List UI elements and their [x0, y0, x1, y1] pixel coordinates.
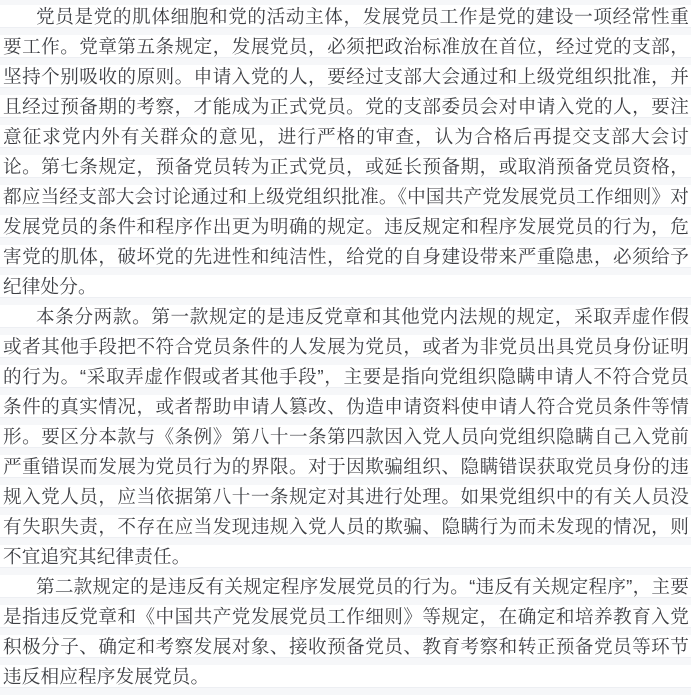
paragraph-1: 党员是党的肌体细胞和党的活动主体，发展党员工作是党的建设一项经常性重要工作。党章…	[3, 2, 689, 302]
paragraph-2: 本条分两款。第一款规定的是违反党章和其他党内法规的规定，采取弄虚作假或者其他手段…	[3, 302, 689, 572]
document-page: 党员是党的肌体细胞和党的活动主体，发展党员工作是党的建设一项经常性重要工作。党章…	[0, 0, 691, 699]
paragraph-3: 第二款规定的是违反有关规定程序发展党员的行为。“违反有关规定程序”，主要是指违反…	[3, 572, 689, 692]
